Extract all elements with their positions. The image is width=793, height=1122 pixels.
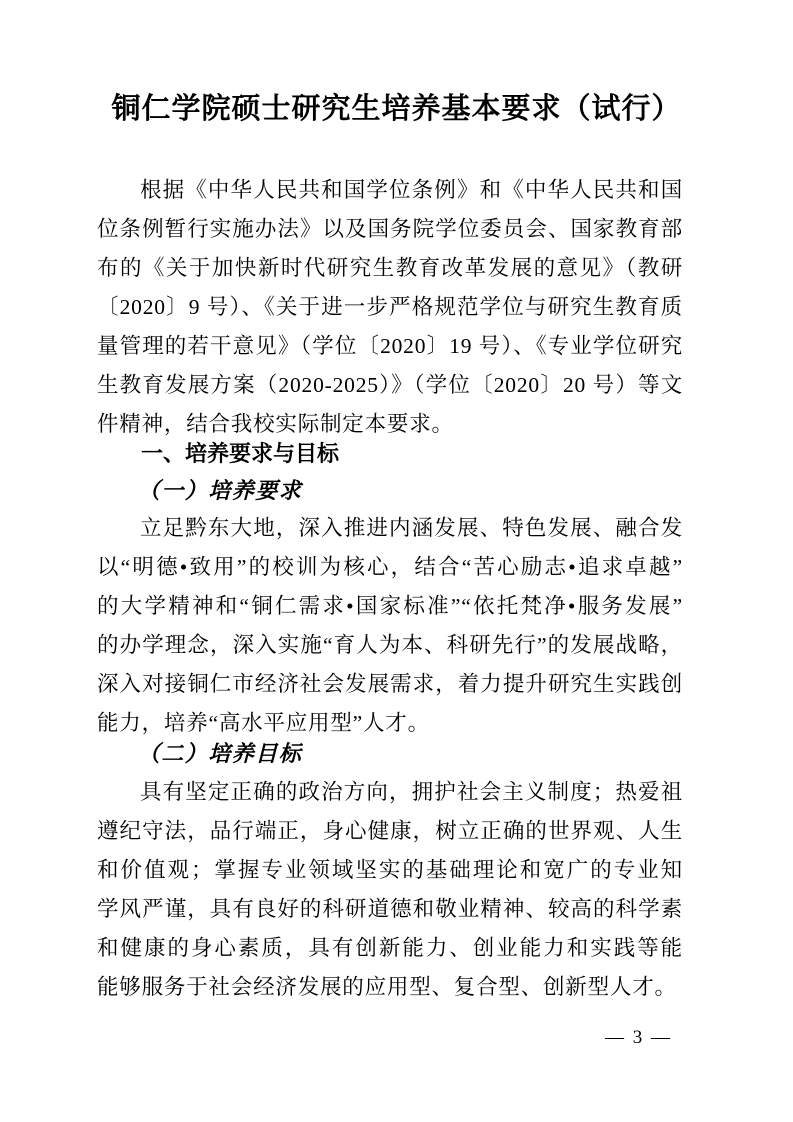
intro-line: 生教育发展方案（2020-2025）》（学位〔2020〕20 号）等文	[97, 366, 683, 405]
subsection-1-heading: （一）培养要求	[97, 471, 683, 510]
document-page: 铜仁学院硕士研究生培养基本要求（试行） 根据《中华人民共和国学位条例》和《中华人…	[0, 0, 793, 1122]
paragraph-line: 具有坚定正确的政治方向，拥护社会主义制度；热爱祖国，	[97, 773, 683, 812]
paragraph-line: 和健康的身心素质，具有创新能力、创业能力和实践等能力，	[97, 929, 683, 968]
paragraph-line: 遵纪守法，品行端正，身心健康，树立正确的世界观、人生观	[97, 812, 683, 851]
paragraph-line: 的大学精神和“铜仁需求•国家标准”“依托梵净•服务发展”	[97, 587, 683, 626]
intro-paragraph: 根据《中华人民共和国学位条例》和《中华人民共和国学 位条例暂行实施办法》以及国务…	[97, 171, 683, 444]
paragraph-line: 立足黔东大地，深入推进内涵发展、特色发展、融合发展，	[97, 509, 683, 548]
intro-line: 〔2020〕9 号）、《关于进一步严格规范学位与研究生教育质	[97, 288, 683, 327]
paragraph-line: 学风严谨，具有良好的科研道德和敬业精神、较高的科学素养	[97, 890, 683, 929]
page-title: 铜仁学院硕士研究生培养基本要求（试行）	[0, 90, 793, 128]
page-number: — 3 —	[605, 1026, 672, 1050]
section-heading: 一、培养要求与目标	[97, 434, 683, 473]
paragraph-line: 深入对接铜仁市经济社会发展需求，着力提升研究生实践创新	[97, 665, 683, 704]
intro-line: 根据《中华人民共和国学位条例》和《中华人民共和国学	[97, 171, 683, 210]
paragraph-line: 以“明德•致用”的校训为核心，结合“苦心励志•追求卓越”	[97, 548, 683, 587]
intro-line: 量管理的若干意见》（学位〔2020〕19 号）、《专业学位研究	[97, 327, 683, 366]
paragraph-line: 的办学理念，深入实施“育人为本、科研先行”的发展战略，	[97, 626, 683, 665]
intro-line: 位条例暂行实施办法》以及国务院学位委员会、国家教育部发	[97, 210, 683, 249]
intro-line: 布的《关于加快新时代研究生教育改革发展的意见》（教研	[97, 249, 683, 288]
paragraph-line: 和价值观；掌握专业领域坚实的基础理论和宽广的专业知识，	[97, 851, 683, 890]
subsection-2-paragraph: 具有坚定正确的政治方向，拥护社会主义制度；热爱祖国， 遵纪守法，品行端正，身心健…	[97, 773, 683, 1007]
paragraph-line: 能够服务于社会经济发展的应用型、复合型、创新型人才。	[97, 968, 683, 1007]
subsection-2-heading: （二）培养目标	[97, 734, 683, 773]
subsection-1-paragraph: 立足黔东大地，深入推进内涵发展、特色发展、融合发展， 以“明德•致用”的校训为核…	[97, 509, 683, 743]
